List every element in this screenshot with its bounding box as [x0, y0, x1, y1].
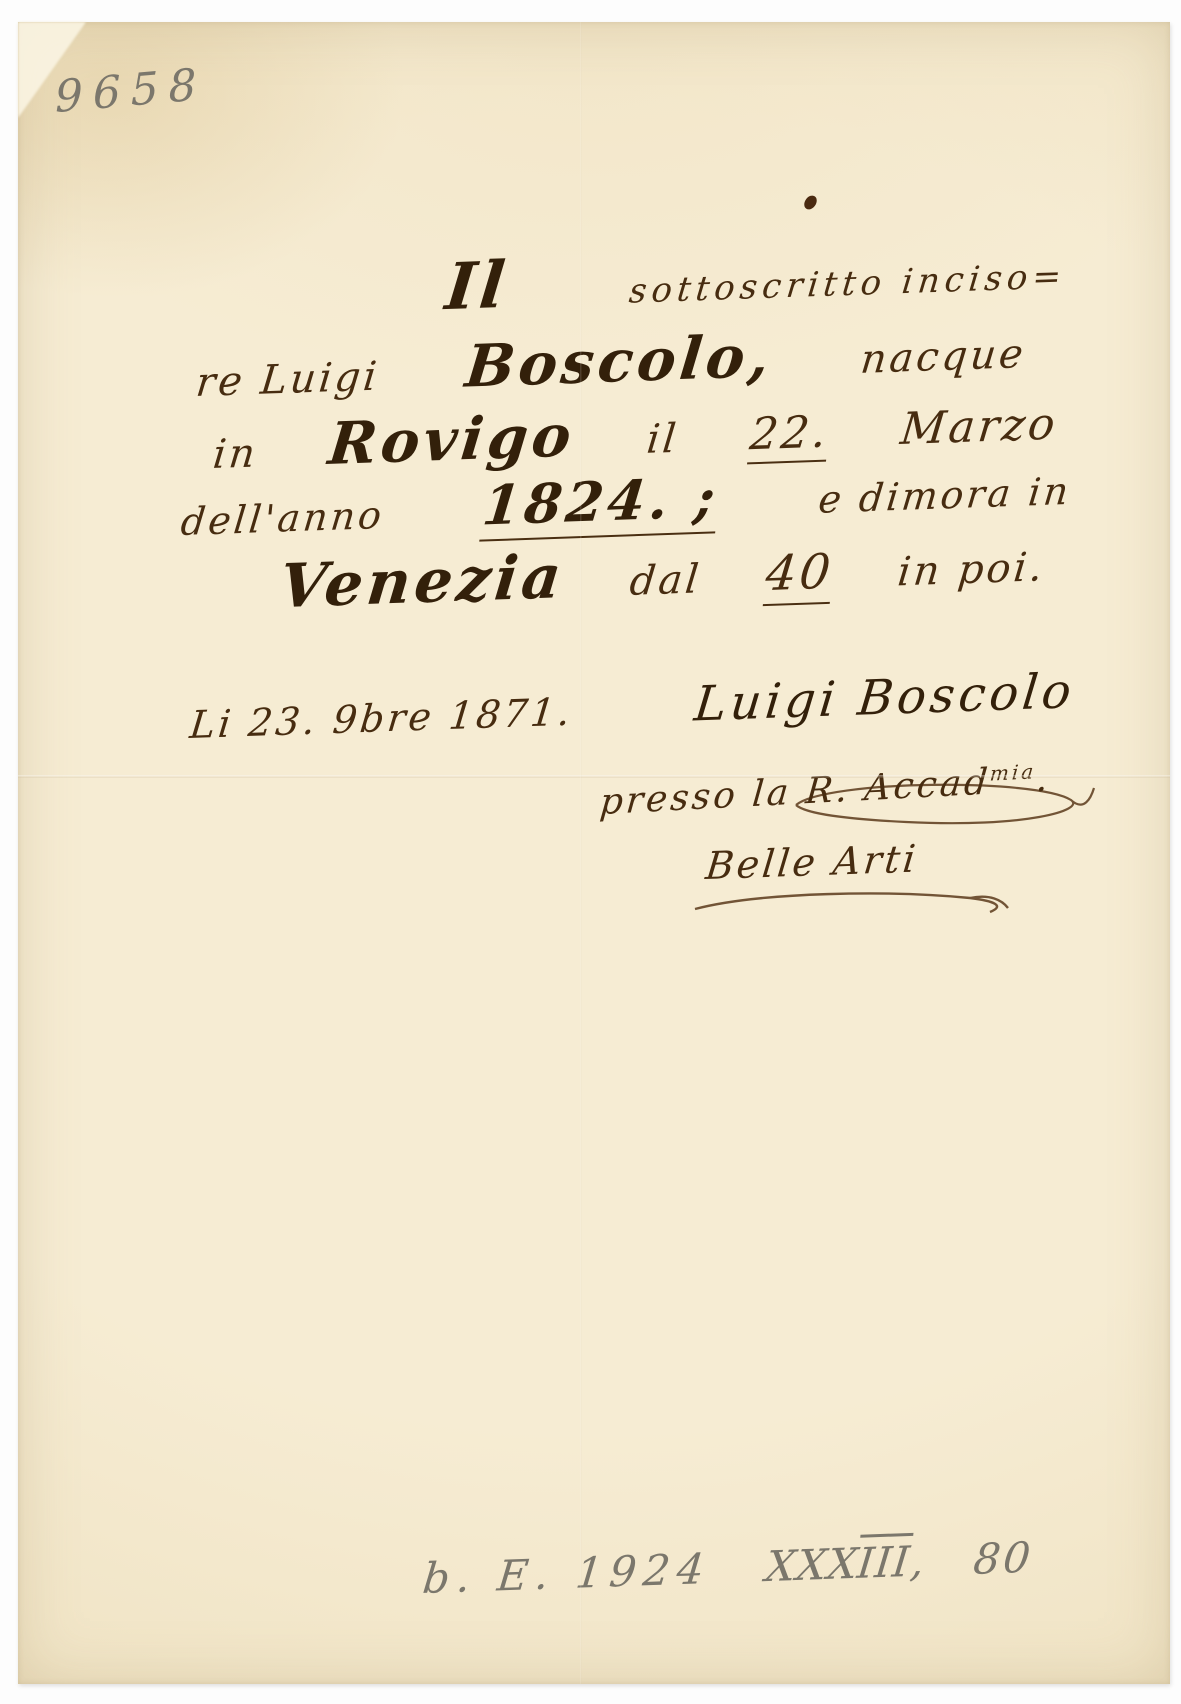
body-line-1-initial: Il — [442, 248, 512, 325]
body-line-3-day: 22. — [747, 406, 832, 464]
ink-blot — [802, 193, 820, 212]
footer-annotation: b. E. 1924 XXXIII, 80 — [422, 1529, 1034, 1603]
body-line-5-place: Venezia — [276, 542, 568, 622]
dateline: Li 23. 9bre 1871. Luigi Boscolo — [189, 663, 1075, 750]
body-line-4-post: e dimora in — [816, 469, 1073, 522]
fold-crease-vertical — [580, 22, 582, 1684]
signature-block-line-1-superscript: mia — [989, 759, 1037, 786]
body-line-3-mid: il — [644, 416, 680, 463]
body-line-3-place: Rovigo — [326, 401, 579, 478]
body-line-4-year: 1824. ; — [480, 465, 723, 542]
body-line-1: Il sottoscritto inciso= — [445, 228, 1067, 325]
scanned-document-photo: 9658 Il sottoscritto inciso= re Luigi Bo… — [0, 0, 1181, 1704]
body-line-3-pre: in — [211, 430, 260, 478]
footer-annotation-gap — [725, 1582, 753, 1583]
footer-annotation-prefix: b. E. 1924 — [420, 1544, 713, 1603]
signature-block-line-2-text: Belle Arti — [704, 836, 921, 888]
footer-annotation-roman: XXX — [763, 1539, 861, 1591]
body-line-5-year: 40 — [762, 544, 835, 607]
body-line-2-pre: re Luigi — [194, 354, 382, 407]
body-line-5-post: in poi. — [895, 544, 1047, 595]
belle-arti-flourish — [690, 884, 1010, 924]
manuscript-paper: 9658 Il sottoscritto inciso= re Luigi Bo… — [18, 22, 1170, 1684]
body-line-1-text: sottoscritto inciso= — [627, 256, 1068, 311]
signature-block-line-2: Belle Arti — [705, 837, 919, 888]
footer-annotation-number: 80 — [971, 1533, 1036, 1584]
signature-name: Luigi Boscolo — [691, 663, 1077, 733]
signature-block-line-1-punct: . — [1035, 758, 1053, 800]
body-line-3-month: Marzo — [898, 398, 1060, 455]
body-line-5-mid: dal — [627, 556, 703, 605]
body-line-2-name: Boscolo, — [463, 322, 777, 401]
date-text: Li 23. 9bre 1871. — [188, 690, 575, 748]
footer-annotation-roman-overlined: III — [855, 1533, 913, 1588]
fold-crease-horizontal — [18, 775, 1170, 778]
footer-annotation-gap-2 — [941, 1574, 961, 1575]
body-line-2-post: nacque — [858, 331, 1028, 383]
body-line-4-pre: dell'anno — [179, 493, 387, 544]
